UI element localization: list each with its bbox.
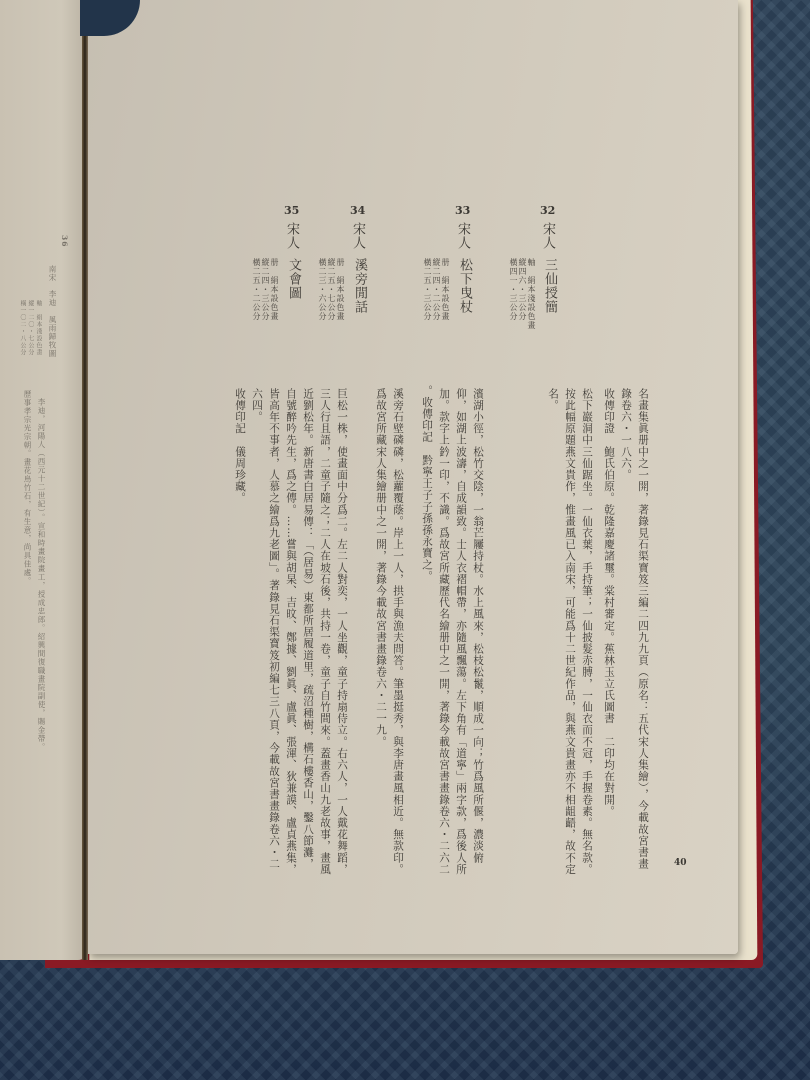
entry-34-spec-1: 縱二五・七公分: [327, 258, 336, 321]
entry-33-body-line-2: 加。款字上鈐一印，不識。爲故宮所藏歷代名繪册中之一開，著錄今載故宮書畫錄卷六・二…: [437, 388, 451, 875]
entry-33-spec-0: 册 絹本設色畫: [441, 258, 450, 321]
entry-32-spec-1: 縱四六・三公分: [518, 258, 527, 321]
left-entry-spec-0: 軸 絹本淺設色畫: [34, 300, 43, 356]
entry-35-body-line-4: 皆高年不事者，人慕之繪爲九老圖」。著錄見石渠寶笈初編七三八頁，今載故宮書畫錄卷六…: [267, 388, 281, 870]
entry-33-body-line-1: 仰，如湖上波濤，自成韻致。士人衣褶帽帶，亦隨風飄蕩。左下角有「道寧」兩字款，爲後…: [454, 388, 468, 875]
entry-32-spec-2: 橫四一・三公分: [509, 258, 518, 321]
entry-35-body-line-1: 三人行且語，二童子隨之；二人在坡石後，共持一卷，童子自竹間來。蓋畫香山九老故事，…: [318, 388, 332, 875]
entry-33-spec-2: 橫二五・三公分: [423, 258, 432, 321]
entry-33-artist: 宋人: [453, 222, 472, 250]
entry-34-spec-2: 橫二三・六公分: [318, 258, 327, 321]
left-body-line-0: 李迪，河陽人（西元十二世紀）。宣和時畫院畫工，授成忠郎。紹興間復職畫院副使，賜金…: [36, 398, 47, 751]
right-page: 32 宋人 三仙授簡 軸 絹本淺設色畫 縱四六・三公分 橫四一・三公分 名畫集眞…: [88, 0, 738, 954]
left-entry-number: 36: [60, 235, 69, 247]
entry-35-title: 文會圖: [284, 258, 303, 300]
entry-35-spec-2: 橫二五・二公分: [252, 258, 261, 321]
entry-34-spec-0: 册 絹本設色畫: [336, 258, 345, 321]
entry-34-artist: 宋人: [348, 222, 367, 250]
entry-32-body-line-1: 錄卷六・一八六。: [619, 388, 633, 481]
entry-33-body-line-3: 。收傳印記 黔寧王子子孫孫永寶之。: [420, 385, 434, 582]
left-body-line-1: 歷事孝宗光宗朝。畫花鳥竹石，有生意，尚具佳處。: [22, 390, 33, 586]
entry-35-body-line-2: 近劉松年。新唐書白居易傳：「（居易）東都所居履道里，疏沼種樹，構石樓香山，鑿八節…: [301, 388, 315, 870]
entry-35-body-line-5: 六四。: [250, 388, 264, 423]
entry-32-title: 三仙授簡: [540, 258, 559, 314]
entry-34-body-line-1: 爲故宮所藏宋人集繪册中之一開，著錄今載故宮書畫錄卷六・二一九。: [374, 388, 388, 748]
entry-33-number: 33: [455, 204, 470, 217]
page-number: 40: [674, 858, 687, 868]
entry-32-number: 32: [540, 204, 555, 217]
left-entry-artist: 南宋: [47, 265, 58, 282]
left-entry-spec-2: 橫一〇二・八公分: [18, 300, 27, 356]
entry-32-body-line-3: 松下巖洞中三仙踞坐。一仙衣葉，手持筆；一仙披髮赤膊，一仙衣而不冠，手握卷素。無名…: [580, 388, 594, 875]
entry-32-body-line-4: 按此幅原題燕文貴作，惟畫風已入南宋，可能爲十二世紀作品，與燕文貴畫亦不相龃齬，故…: [563, 388, 577, 875]
entry-35-number: 35: [284, 204, 299, 217]
left-entry-title: 李迪 風雨歸牧圖: [47, 290, 58, 358]
entry-32-body-line-0: 名畫集眞册中之一開，著錄見石渠寶笈三編二四九九頁（原名：五代宋人集繪），今載故宮…: [636, 388, 650, 870]
entry-34-number: 34: [350, 204, 365, 217]
entry-35-artist: 宋人: [282, 222, 301, 250]
entry-35-body-line-6: 收傳印記 儀周珍藏。: [233, 388, 247, 504]
entry-32-artist: 宋人: [538, 222, 557, 250]
entry-35-spec-1: 縱二四・三公分: [261, 258, 270, 321]
entry-33-body-line-0: 濱湖小徑，松竹交陰，一翁芒屨持杖。水上風來，松枝松鬣，順成一向；竹爲風所偃，濃淡…: [471, 388, 485, 864]
left-entry-spec-1: 縱一二〇・七公分: [26, 300, 35, 356]
entry-32-body-line-5: 名。: [546, 388, 560, 411]
left-page: 36 南宋 李迪 風雨歸牧圖 軸 絹本淺設色畫 縱一二〇・七公分 橫一〇二・八公…: [0, 0, 88, 960]
entry-33-spec-1: 縱二四・二公分: [432, 258, 441, 321]
entry-35-body-line-3: 自號醉吟先生，爲之傳。……嘗與胡杲、吉旼、鄭據、劉眞、盧眞、張渾、狄兼謨、盧貞燕…: [284, 388, 298, 875]
entry-32-body-line-2: 收傳印證 鮑氏伯原。乾隆嘉慶諸璽。棠村審定。蕉林玉立氏圖書 二印均在對開。: [602, 388, 616, 817]
entry-35-spec-0: 册 絹本設色畫: [270, 258, 279, 321]
entry-32-spec-0: 軸 絹本淺設色畫: [527, 258, 536, 330]
entry-35-body-line-0: 巨松一株，使畫面中分爲二。左二人對奕，一人坐觀，童子持扇侍立。右六人，一人戴花舞…: [335, 388, 349, 875]
entry-34-title: 溪旁閒話: [350, 258, 369, 314]
entry-33-title: 松下曳杖: [455, 258, 474, 314]
entry-34-body-line-0: 溪旁石壁磷磷，松蘿覆蔭。岸上一人，拱手與漁夫問答。筆墨挺秀，與李唐畫風相近。無款…: [391, 388, 405, 875]
